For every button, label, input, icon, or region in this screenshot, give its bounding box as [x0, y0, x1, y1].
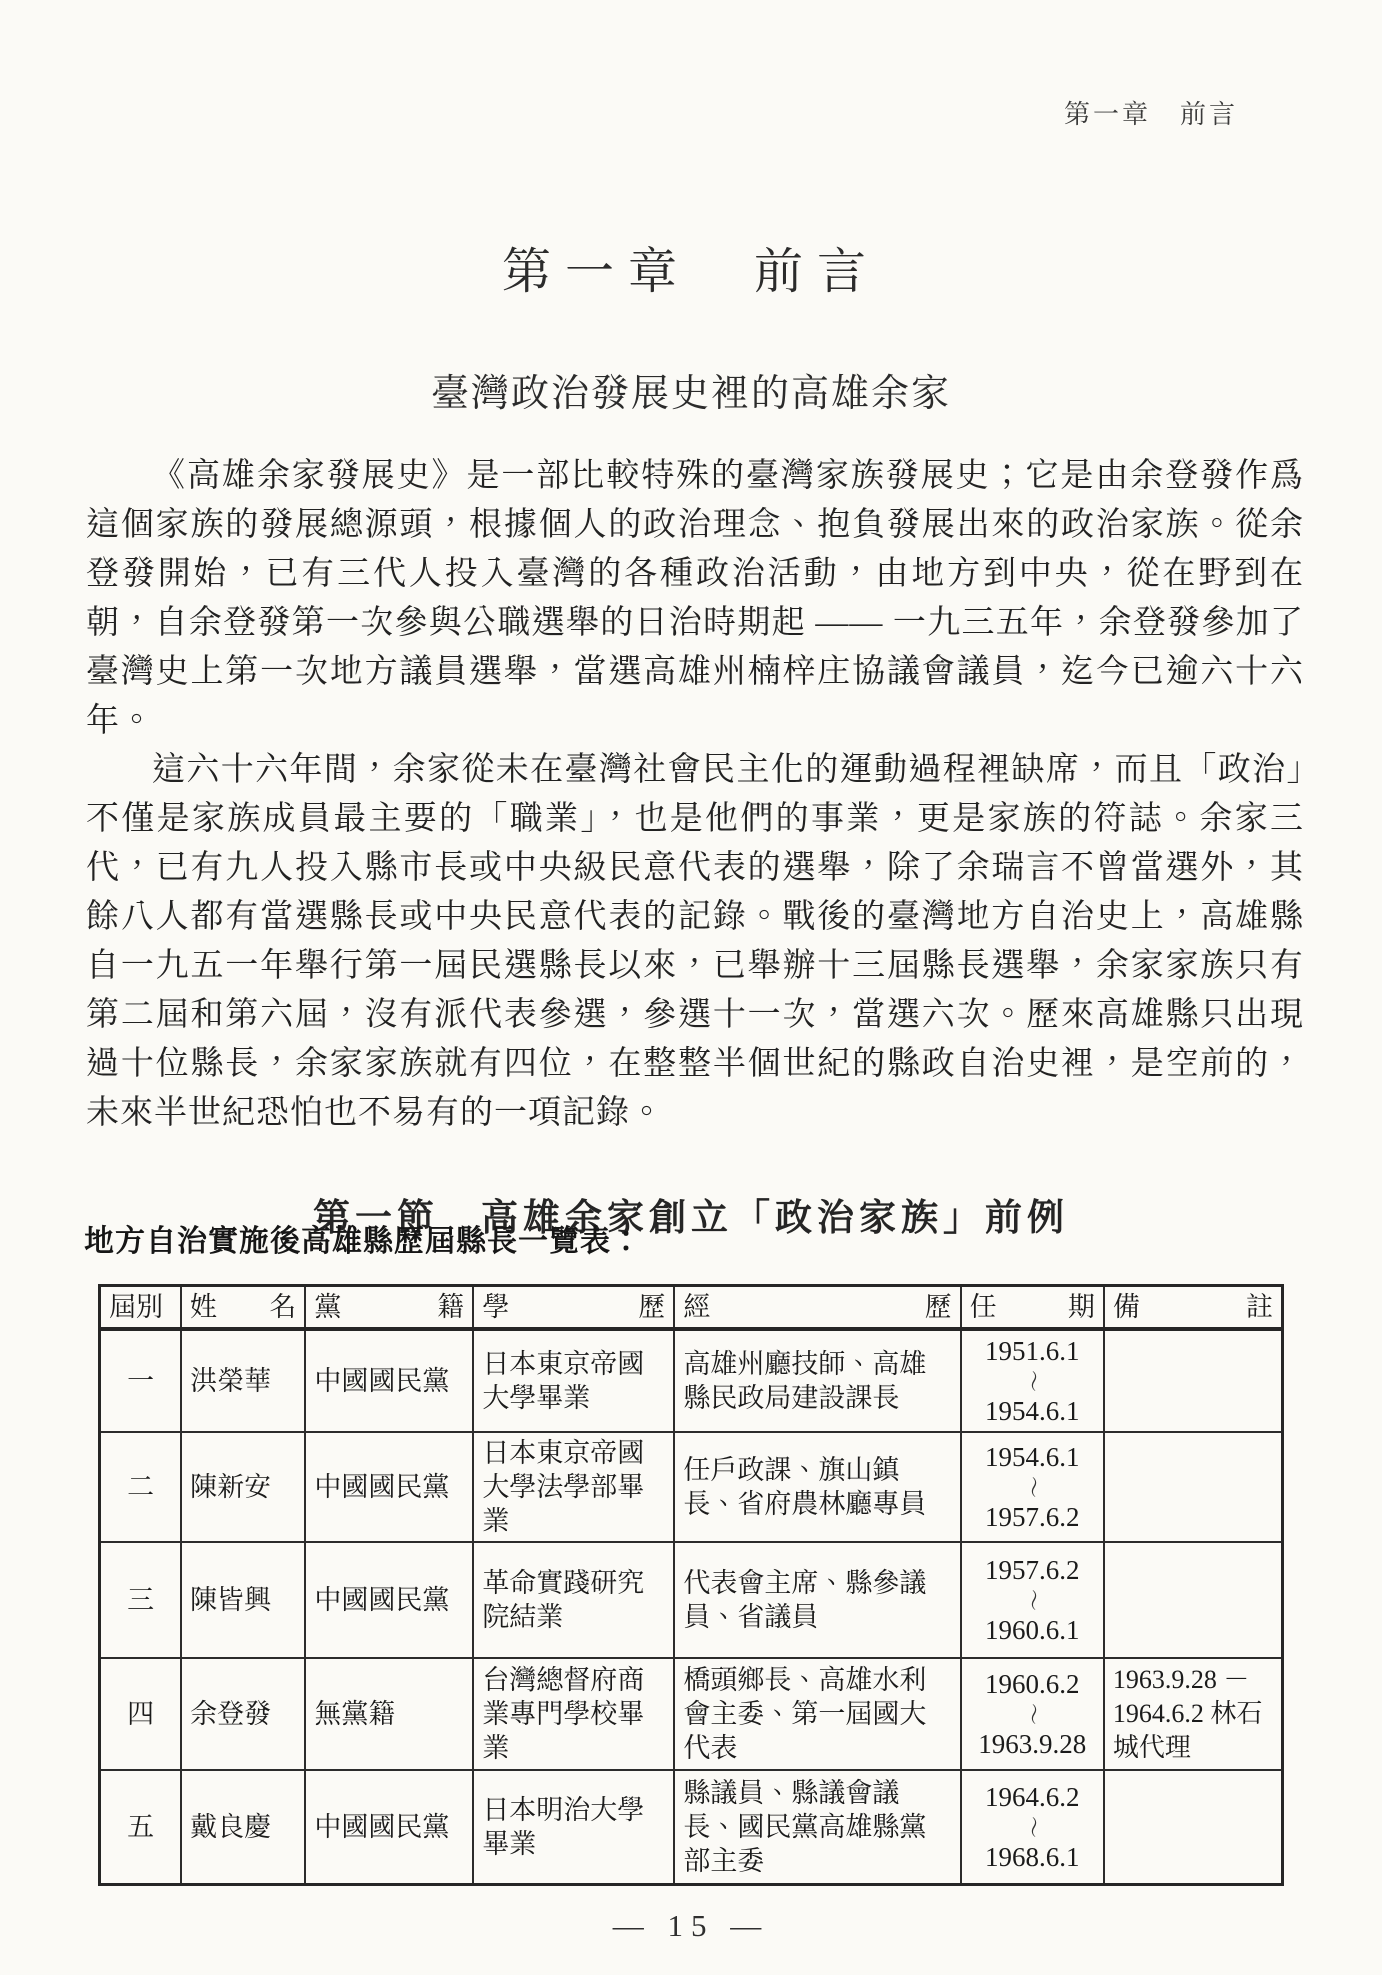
party-cell: 中國國民黨 [305, 1329, 473, 1432]
name-cell: 陳皆興 [181, 1542, 305, 1658]
column-header: 姓名 [181, 1286, 305, 1330]
column-header: 任期 [961, 1286, 1104, 1330]
experience-cell: 縣議員、縣議會議長、國民黨高雄縣黨部主委 [674, 1770, 960, 1884]
running-header: 第一章 前言 [1064, 94, 1238, 131]
table-caption: 地方自治實施後高雄縣歷屆縣長一覽表： [84, 1216, 642, 1260]
chapter-title: 第一章 前言 [0, 233, 1382, 303]
body-text: 《高雄余家發展史》是一部比較特殊的臺灣家族發展史；它是由余登發作爲這個家族的發展… [86, 452, 1304, 1138]
term-cell: 四 [100, 1658, 182, 1770]
column-header: 屆別 [100, 1286, 182, 1330]
education-cell: 日本東京帝國大學畢業 [473, 1329, 674, 1432]
column-header: 備註 [1104, 1286, 1283, 1330]
education-cell: 革命實踐研究院結業 [473, 1542, 674, 1658]
experience-cell: 代表會主席、縣參議員、省議員 [674, 1542, 960, 1658]
note-cell: 1963.9.28 － 1964.6.2 林石城代理 [1104, 1658, 1283, 1770]
experience-cell: 橋頭鄉長、高雄水利會主委、第一屆國大代表 [674, 1658, 960, 1770]
tenure-cell: 1960.6.2〜1963.9.28 [961, 1658, 1104, 1770]
column-header: 學歷 [473, 1286, 674, 1330]
table-row: 三陳皆興中國國民黨革命實踐研究院結業代表會主席、縣參議員、省議員1957.6.2… [100, 1542, 1283, 1658]
table-row: 四余登發無黨籍台灣總督府商業專門學校畢業橋頭鄉長、高雄水利會主委、第一屆國大代表… [100, 1658, 1283, 1770]
term-cell: 一 [100, 1329, 182, 1432]
note-cell [1104, 1329, 1283, 1432]
name-cell: 陳新安 [181, 1432, 305, 1542]
tenure-separator: 〜 [1019, 1329, 1045, 1432]
table-row: 二陳新安中國國民黨日本東京帝國大學法學部畢業任戶政課、旗山鎮長、省府農林廳專員1… [100, 1432, 1283, 1542]
party-cell: 中國國民黨 [305, 1770, 473, 1884]
note-cell [1104, 1770, 1283, 1884]
tenure-cell: 1954.6.1〜1957.6.2 [961, 1432, 1104, 1542]
tenure-separator: 〜 [1019, 1542, 1045, 1658]
note-cell [1104, 1432, 1283, 1542]
education-cell: 日本明治大學畢業 [473, 1770, 674, 1884]
table-row: 一洪榮華中國國民黨日本東京帝國大學畢業高雄州廳技師、高雄縣民政局建設課長1951… [100, 1329, 1283, 1432]
table-header-row: 屆別姓名黨籍學歷經歷任期備註 [100, 1286, 1283, 1330]
tenure-separator: 〜 [1019, 1432, 1045, 1542]
book-page: { "page": { "running_header": "第一章 前言", … [0, 0, 1382, 1975]
education-cell: 台灣總督府商業專門學校畢業 [473, 1658, 674, 1770]
table-body: 一洪榮華中國國民黨日本東京帝國大學畢業高雄州廳技師、高雄縣民政局建設課長1951… [100, 1329, 1283, 1884]
party-cell: 中國國民黨 [305, 1432, 473, 1542]
tenure-cell: 1951.6.1〜1954.6.1 [961, 1329, 1104, 1432]
term-cell: 三 [100, 1542, 182, 1658]
name-cell: 戴良慶 [181, 1770, 305, 1884]
column-header: 經歷 [674, 1286, 960, 1330]
experience-cell: 高雄州廳技師、高雄縣民政局建設課長 [674, 1329, 960, 1432]
term-cell: 二 [100, 1432, 182, 1542]
name-cell: 余登發 [181, 1658, 305, 1770]
tenure-cell: 1964.6.2〜1968.6.1 [961, 1770, 1104, 1884]
county-magistrates-table: 屆別姓名黨籍學歷經歷任期備註 一洪榮華中國國民黨日本東京帝國大學畢業高雄州廳技師… [98, 1284, 1284, 1886]
page-number: — 15 — [0, 1908, 1382, 1944]
tenure-cell: 1957.6.2〜1960.6.1 [961, 1542, 1104, 1658]
tenure-separator: 〜 [1019, 1770, 1045, 1884]
name-cell: 洪榮華 [181, 1329, 305, 1432]
column-header: 黨籍 [305, 1286, 473, 1330]
experience-cell: 任戶政課、旗山鎮長、省府農林廳專員 [674, 1432, 960, 1542]
table-row: 五戴良慶中國國民黨日本明治大學畢業縣議員、縣議會議長、國民黨高雄縣黨部主委196… [100, 1770, 1283, 1884]
paragraph-2: 這六十六年間，余家從未在臺灣社會民主化的運動過程裡缺席，而且「政治」不僅是家族成… [86, 746, 1304, 1138]
tenure-separator: 〜 [1019, 1658, 1045, 1770]
paragraph-1: 《高雄余家發展史》是一部比較特殊的臺灣家族發展史；它是由余登發作爲這個家族的發展… [86, 452, 1304, 746]
education-cell: 日本東京帝國大學法學部畢業 [473, 1432, 674, 1542]
term-cell: 五 [100, 1770, 182, 1884]
note-cell [1104, 1542, 1283, 1658]
party-cell: 中國國民黨 [305, 1542, 473, 1658]
party-cell: 無黨籍 [305, 1658, 473, 1770]
chapter-subtitle: 臺灣政治發展史裡的高雄余家 [0, 362, 1382, 417]
